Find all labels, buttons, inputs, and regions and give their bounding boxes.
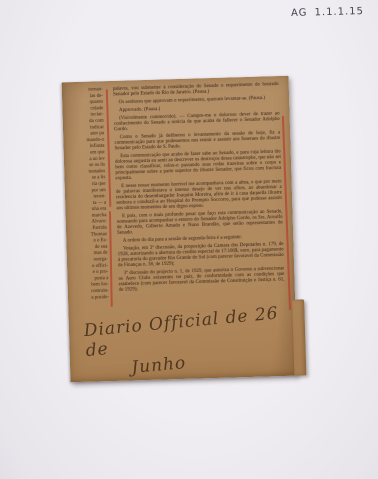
left-column-strip: tornan- ias de- quanto cidade tociar- da… xyxy=(69,86,110,316)
article-paragraph: Esta communicação que acabo de fazer sab… xyxy=(115,148,282,180)
article-column: palavra, vou submetter á consideração do… xyxy=(113,81,286,315)
archival-code: AG 1.1.1.15 xyxy=(291,6,364,19)
article-text: palavra, vou submetter á consideração do… xyxy=(113,81,285,292)
clipping-torn-tab xyxy=(292,299,306,375)
article-paragraph: Como o Senado já deliberou o levantament… xyxy=(114,129,280,150)
clipping-text-area: tornan- ias de- quanto cidade tociar- da… xyxy=(62,76,296,317)
article-paragraph: Votação, em 3ª discussão, da proposição … xyxy=(117,241,284,268)
article-paragraph: (Visivelmente commovido). — Cumpre-me o … xyxy=(114,110,280,131)
article-paragraph: 3ª discussão do projecto n. 1, de 1929, … xyxy=(118,265,285,292)
red-pencil-line-left-lower xyxy=(109,211,113,307)
article-paragraph: E pois, com o mais profundo pesar que fa… xyxy=(117,208,284,235)
newspaper-clipping: tornan- ias de- quanto cidade tociar- da… xyxy=(62,76,298,383)
article-paragraph: E nesse nosso momento horrivel me acompa… xyxy=(116,178,283,210)
scanned-page: AG 1.1.1.15 tornan- ias de- quanto cidad… xyxy=(0,0,378,479)
left-column-fragments: tornan- ias de- quanto cidade tociar- da… xyxy=(69,86,109,301)
red-pencil-line-left-upper xyxy=(106,89,111,207)
